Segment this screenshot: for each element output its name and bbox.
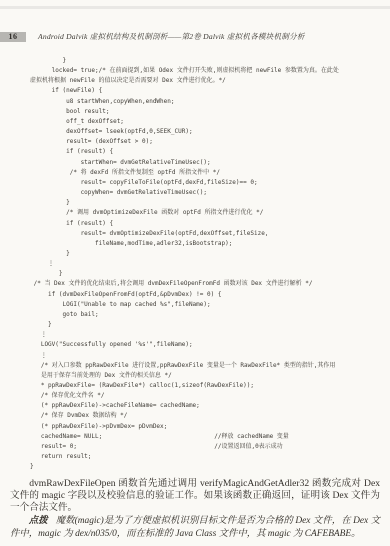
body-paragraph: dvmRawDexFileOpen 函数首先通过调用 verifyMagicAn… xyxy=(10,478,380,515)
page-number-badge: 16 xyxy=(0,32,26,42)
book-page: 16 Android Dalvik 虚拟机结构及机制剖析——第2卷 Dalvik… xyxy=(0,0,390,546)
scan-artifact-line xyxy=(0,6,390,9)
code-listing: } locked= true;/* 在前面提到,如果 Odex 文件打开失败,则… xyxy=(30,56,386,472)
tip-text: 魔数(magic)是为了方便虚拟机识别目标文件是否为合格的 Dex 文件，在 D… xyxy=(10,516,380,539)
tip-label: 点拨 xyxy=(29,516,48,526)
running-head-title: Android Dalvik 虚拟机结构及机制剖析——第2卷 Dalvik 虚拟… xyxy=(38,31,305,42)
tip-paragraph: 点拨魔数(magic)是为了方便虚拟机识别目标文件是否为合格的 Dex 文件，在… xyxy=(10,515,380,540)
page-header: 16 Android Dalvik 虚拟机结构及机制剖析——第2卷 Dalvik… xyxy=(0,31,390,42)
